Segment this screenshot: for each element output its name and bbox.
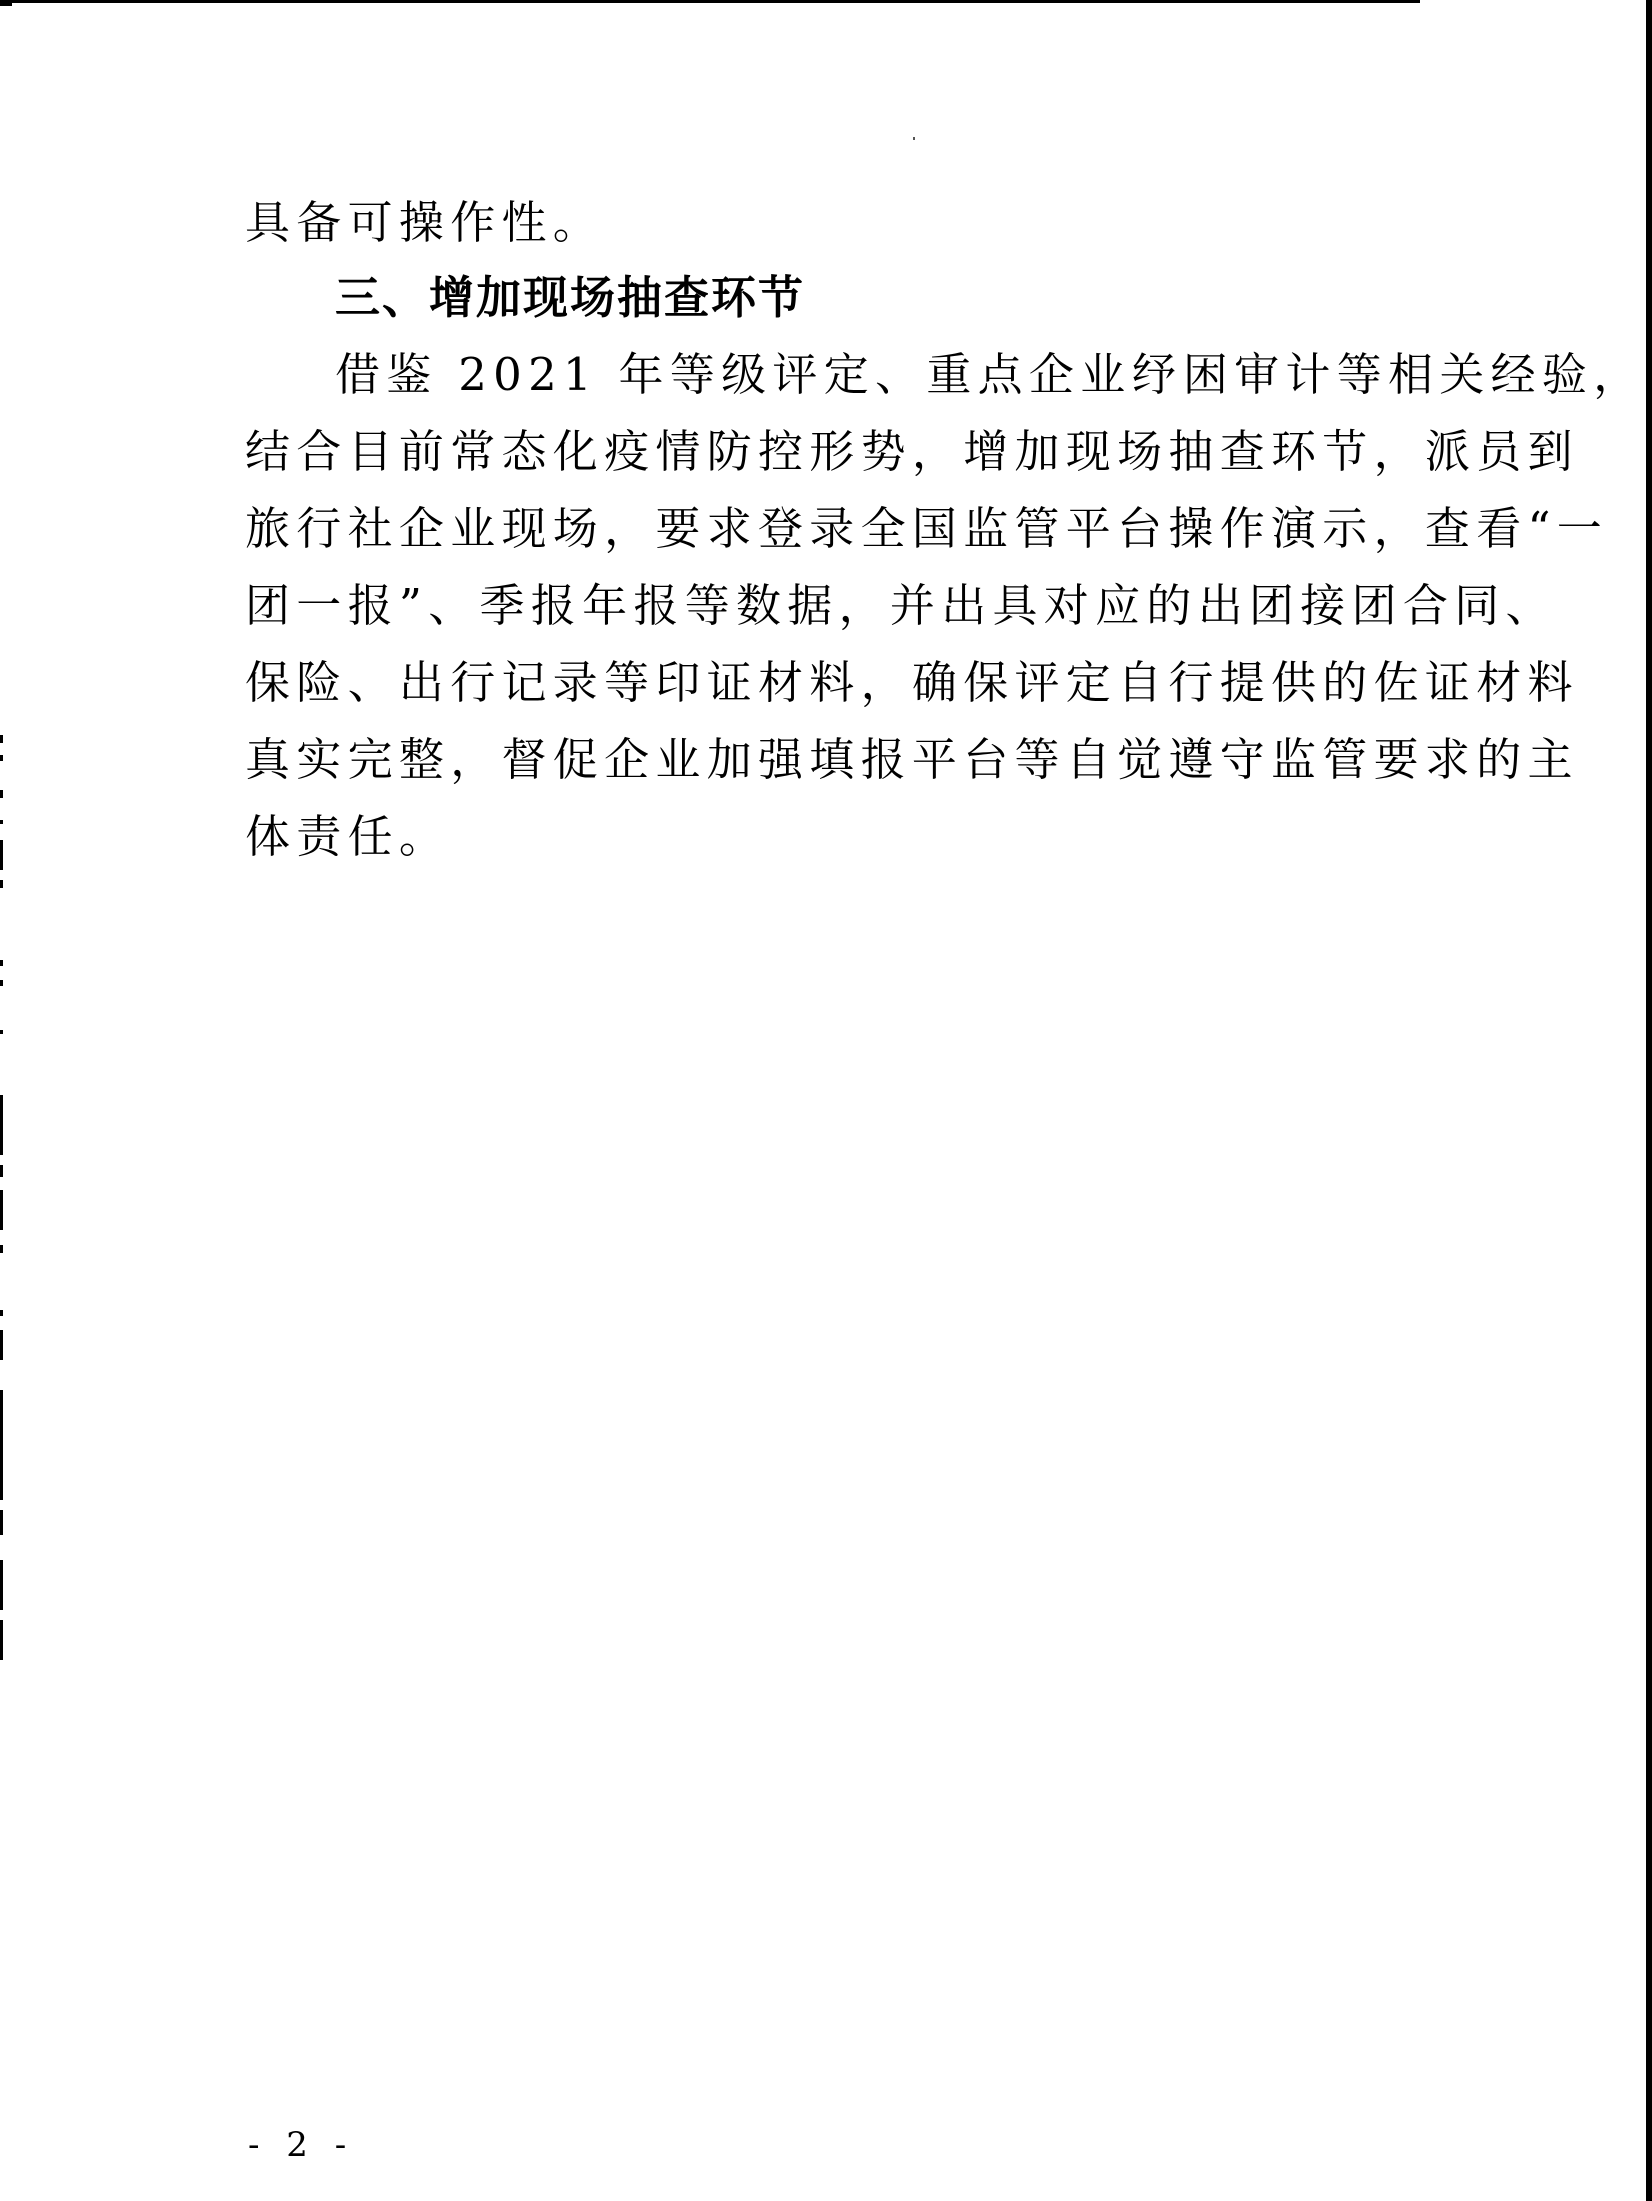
paragraph-line: 保险、出行记录等印证材料，确保评定自行提供的佐证材料 bbox=[245, 660, 1579, 705]
scan-right-edge bbox=[1646, 0, 1652, 2201]
continuation-text: 具备可操作性。 bbox=[245, 200, 604, 245]
paragraph-line: 真实完整，督促企业加强填报平台等自觉遵守监管要求的主 bbox=[245, 737, 1579, 782]
scan-top-border bbox=[0, 0, 1420, 3]
section-heading: 三、增加现场抽查环节 bbox=[335, 275, 805, 320]
scan-left-edge-marks bbox=[0, 0, 4, 2201]
page-number: - 2 - bbox=[248, 2125, 354, 2165]
paragraph-line: 团一报”、季报年报等数据，并出具对应的出团接团合同、 bbox=[245, 583, 1557, 628]
paragraph-line: 旅行社企业现场，要求登录全国监管平台操作演示，查看“一 bbox=[245, 506, 1608, 551]
paragraph-line: 借鉴 2021 年等级评定、重点企业纾困审计等相关经验， bbox=[335, 352, 1645, 397]
paragraph-line: 体责任。 bbox=[245, 814, 450, 859]
paragraph-line: 结合目前常态化疫情防控形势，增加现场抽查环节，派员到 bbox=[245, 429, 1579, 474]
scan-speck bbox=[913, 137, 915, 140]
